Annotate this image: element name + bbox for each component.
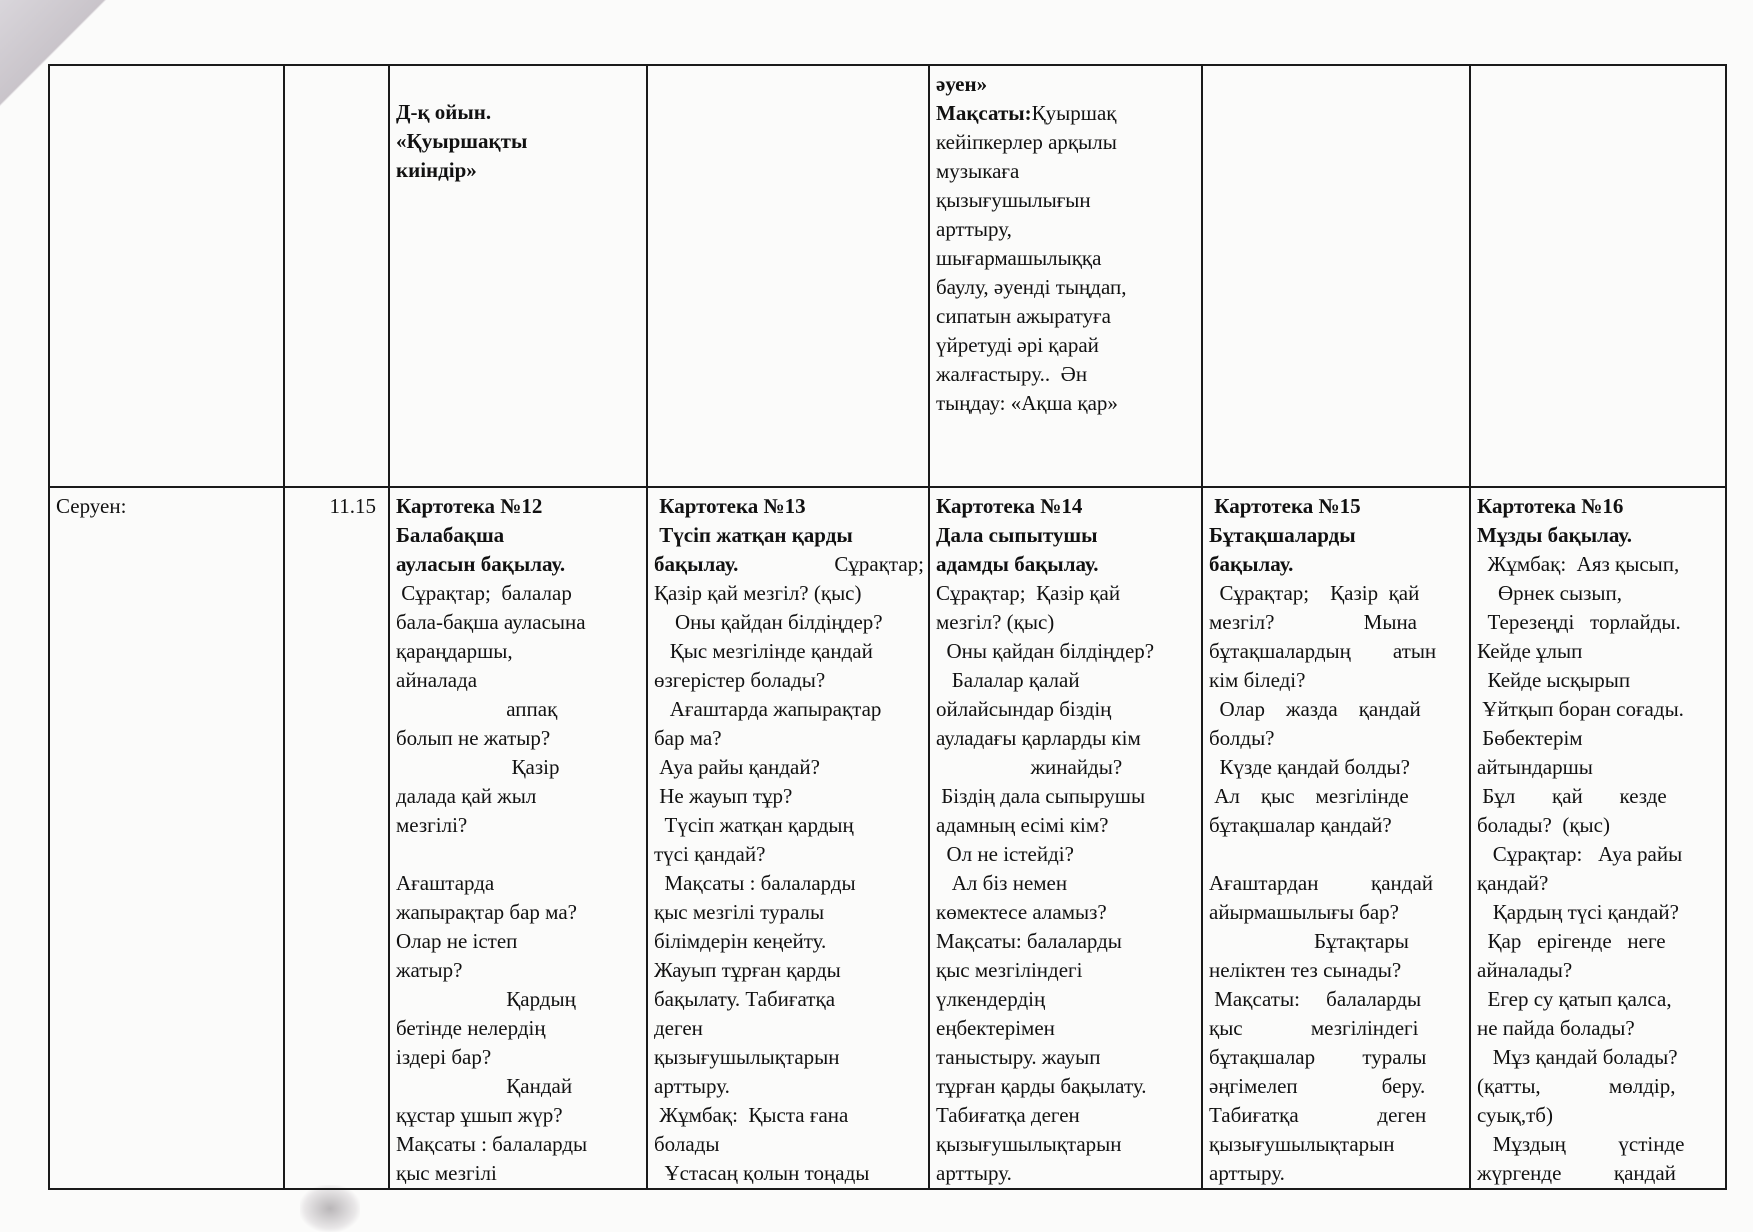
text-line: сипатын ажыратуға — [936, 302, 1197, 331]
card-line: Жауып тұрған қарды — [654, 956, 924, 985]
card-line: іздері бар? — [396, 1043, 642, 1072]
card-line: неліктен тез сынады? — [1209, 956, 1465, 985]
text-line: жалғастыру.. Ән — [936, 360, 1197, 389]
card-line: Сұрақтар; Қазір қай — [1209, 579, 1465, 608]
card-line: Мұз қандай болады? — [1477, 1043, 1721, 1072]
card-line: бетінде нелердің — [396, 1014, 642, 1043]
card-line: қызығушылықтарын — [1209, 1130, 1465, 1159]
card-number: Картотека №12 — [396, 492, 642, 521]
card-line: Олар жазда қандай — [1209, 695, 1465, 724]
cell-wednesday-music: әуен» Мақсаты:Қуыршақ кейіпкерлер арқылы… — [929, 65, 1202, 487]
card-line: бұтақшалардың атын — [1209, 637, 1465, 666]
card-line: кім біледі? — [1209, 666, 1465, 695]
cell-walk-label: Серуен: — [49, 487, 284, 1189]
card-line: Қардың түсі қандай? — [1477, 898, 1721, 927]
card-line: жатыр? — [396, 956, 642, 985]
card-line: Мақсаты : балаларды — [654, 869, 924, 898]
card-line: Мұздың үстінде — [1477, 1130, 1721, 1159]
card-line: Өрнек сызып, — [1477, 579, 1721, 608]
card-line: Егер су қатып қалса, — [1477, 985, 1721, 1014]
text-line: шығармашылыққа — [936, 244, 1197, 273]
card-line: Табиғатқа деген — [1209, 1101, 1465, 1130]
card-line: таныстыру. жауып — [936, 1043, 1197, 1072]
card-title: Дала сыпытушы — [936, 521, 1197, 550]
scan-smudge — [300, 1185, 360, 1232]
card-number: Картотека №16 — [1477, 492, 1721, 521]
card-line: Қазір қай мезгіл? (қыс) — [654, 579, 924, 608]
card-line: Кейде ұлып — [1477, 637, 1721, 666]
card-line: қыс мезгіліндегі — [1209, 1014, 1465, 1043]
card-line: Бұл қай кезде — [1477, 782, 1721, 811]
card-line: Сұрақтар; Қазір қай — [936, 579, 1197, 608]
card-line: қыс мезгіліндегі — [936, 956, 1197, 985]
text-line: кейіпкерлер арқылы — [936, 128, 1197, 157]
card-line: қандай? — [1477, 869, 1721, 898]
card-line: еңбектерімен — [936, 1014, 1197, 1043]
text-line: үйретуді әрі қарай — [936, 331, 1197, 360]
card-line: бұтақшалар туралы — [1209, 1043, 1465, 1072]
card-line: арттыру. — [1209, 1159, 1465, 1188]
table-row-walk: Серуен: 11.15 Картотека №12Балабақшааула… — [49, 487, 1726, 1189]
card-line: Оны қайдан білдіңдер? — [936, 637, 1197, 666]
card-title: Балабақша — [396, 521, 642, 550]
text-line: тыңдау: «Ақша қар» — [936, 389, 1197, 418]
card-line: аппақ — [396, 695, 642, 724]
cell-tuesday-empty — [647, 65, 929, 487]
card-line: Ұйтқып боран соғады. — [1477, 695, 1721, 724]
card-line: болады — [654, 1130, 924, 1159]
cell-thursday-empty — [1202, 65, 1470, 487]
weekly-plan-table: Д-қ ойын. «Қуыршақты киіндір» әуен» Мақс… — [48, 64, 1727, 1190]
card-line: Балалар қалай — [936, 666, 1197, 695]
card-line: Сұрақтар; балалар — [396, 579, 642, 608]
card-line: Олар не істеп — [396, 927, 642, 956]
card-line: Не жауып тұр? — [654, 782, 924, 811]
card-line: арттыру. — [936, 1159, 1197, 1188]
card-line: болып не жатыр? — [396, 724, 642, 753]
card-number: Картотека №13 — [654, 492, 924, 521]
card-line: болды? — [1209, 724, 1465, 753]
card-line: арттыру. — [654, 1072, 924, 1101]
goal-text: Қуыршақ — [1032, 101, 1117, 125]
card-title: адамды бақылау. — [936, 550, 1197, 579]
card-line: үлкендердің — [936, 985, 1197, 1014]
card-line: Ағаштардан қандай — [1209, 869, 1465, 898]
text-line: арттыру, — [936, 215, 1197, 244]
card-line: түсі қандай? — [654, 840, 924, 869]
cell-friday-empty — [1470, 65, 1726, 487]
text-line: қызығушылығын — [936, 186, 1197, 215]
card-title: Түсіп жатқан қарды — [654, 521, 924, 550]
card-line: Ағаштарда жапырақтар — [654, 695, 924, 724]
card-line: Түсіп жатқан қардың — [654, 811, 924, 840]
card-line: Терезеңді торлайды. — [1477, 608, 1721, 637]
music-title-tail: әуен» — [936, 70, 1197, 99]
card-line: әңгімелеп беру. — [1209, 1072, 1465, 1101]
card-line: бар ма? — [654, 724, 924, 753]
cell-time-empty — [284, 65, 389, 487]
cell-card-12: Картотека №12Балабақшаауласын бақылау. С… — [389, 487, 647, 1189]
game-line: Д-қ ойын. — [396, 98, 642, 127]
questions-label: Сұрақтар; — [834, 550, 924, 579]
card-line: Ауа райы қандай? — [654, 753, 924, 782]
card-line: мезгіл? Мына — [1209, 608, 1465, 637]
card-title: Мұзды бақылау. — [1477, 521, 1721, 550]
cell-regime-label-empty — [49, 65, 284, 487]
goal-label: Мақсаты: — [936, 101, 1032, 125]
card-line: Мақсаты: балаларды — [936, 927, 1197, 956]
cell-card-14: Картотека №14Дала сыпытушыадамды бақылау… — [929, 487, 1202, 1189]
card-line: Жұмбақ: Қыста ғана — [654, 1101, 924, 1130]
card-line: Табиғатқа деген — [936, 1101, 1197, 1130]
card-line: мезгілі? — [396, 811, 642, 840]
card-line: Кейде ысқырып — [1477, 666, 1721, 695]
card-title: Бұтақшаларды — [1209, 521, 1465, 550]
card-line: бұтақшалар қандай? — [1209, 811, 1465, 840]
card-line: Қандай — [396, 1072, 642, 1101]
card-line: жүргенде қандай — [1477, 1159, 1721, 1188]
card-line: деген — [654, 1014, 924, 1043]
card-line: Біздің дала сыпырушы — [936, 782, 1197, 811]
card-line: тұрған қарды бақылату. — [936, 1072, 1197, 1101]
card-number: Картотека №14 — [936, 492, 1197, 521]
card-line: құстар ұшып жүр? — [396, 1101, 642, 1130]
card-line: Бұтақтары — [1209, 927, 1465, 956]
card-line: суық,тб) — [1477, 1101, 1721, 1130]
cell-walk-time: 11.15 — [284, 487, 389, 1189]
card-line: далада қай жыл — [396, 782, 642, 811]
card-line: Қыс мезгілінде қандай — [654, 637, 924, 666]
text-line: музыкаға — [936, 157, 1197, 186]
card-line: Күзде қандай болды? — [1209, 753, 1465, 782]
table-row-activities: Д-қ ойын. «Қуыршақты киіндір» әуен» Мақс… — [49, 65, 1726, 487]
card-title: бақылау. — [1209, 550, 1465, 579]
card-line: Ұстасаң қолын тоңады — [654, 1159, 924, 1188]
card-line: Қазір — [396, 753, 642, 782]
card-line: Сұрақтар: Ауа райы — [1477, 840, 1721, 869]
card-number: Картотека №15 — [1209, 492, 1465, 521]
card-line: болады? (қыс) — [1477, 811, 1721, 840]
card-line: қыс мезгілі — [396, 1159, 642, 1188]
card-line: Ағаштарда — [396, 869, 642, 898]
card-line: Ол не істейді? — [936, 840, 1197, 869]
text-line: баулу, әуенді тыңдап, — [936, 273, 1197, 302]
card-line: Оны қайдан білдіңдер? — [654, 608, 924, 637]
card-line: қыс мезгілі туралы — [654, 898, 924, 927]
card-line: адамның есімі кім? — [936, 811, 1197, 840]
card-line: мезгіл? (қыс) — [936, 608, 1197, 637]
cell-card-16: Картотека №16Мұзды бақылау. Жұмбақ: Аяз … — [1470, 487, 1726, 1189]
card-line: айналада — [396, 666, 642, 695]
card-line: (қатты, мөлдір, — [1477, 1072, 1721, 1101]
card-line: көмектесе аламыз? — [936, 898, 1197, 927]
card-line — [396, 840, 642, 869]
cell-card-15: Картотека №15Бұтақшалардыбақылау. Сұрақт… — [1202, 487, 1470, 1189]
cell-monday-game: Д-қ ойын. «Қуыршақты киіндір» — [389, 65, 647, 487]
card-line: Қардың — [396, 985, 642, 1014]
card-line: айтындаршы — [1477, 753, 1721, 782]
card-line: Бөбектерім — [1477, 724, 1721, 753]
card-line: өзгерістер болады? — [654, 666, 924, 695]
card-line: бақылату. Табиғатқа — [654, 985, 924, 1014]
game-line: «Қуыршақты — [396, 127, 642, 156]
card-line: бала-бақша ауласына — [396, 608, 642, 637]
card-line: жапырақтар бар ма? — [396, 898, 642, 927]
card-line: Ал біз немен — [936, 869, 1197, 898]
card-line: қызығушылықтарын — [936, 1130, 1197, 1159]
card-line: жинайды? — [936, 753, 1197, 782]
card-line: Қар ерігенде неге — [1477, 927, 1721, 956]
card-line: білімдерін кеңейту. — [654, 927, 924, 956]
card-line: Ал қыс мезгілінде — [1209, 782, 1465, 811]
card-title: бақылау.Сұрақтар; — [654, 550, 924, 579]
game-line: киіндір» — [396, 156, 642, 185]
card-line: ойлайсындар біздің — [936, 695, 1197, 724]
card-line — [1209, 840, 1465, 869]
card-line: айырмашылығы бар? — [1209, 898, 1465, 927]
music-goal-lines: кейіпкерлер арқылымузыкағақызығушылығына… — [936, 128, 1197, 418]
card-line: қызығушылықтарын — [654, 1043, 924, 1072]
card-line: Жұмбақ: Аяз қысып, — [1477, 550, 1721, 579]
card-line: ауладағы қарларды кім — [936, 724, 1197, 753]
cell-card-13: Картотека №13 Түсіп жатқан қардыбақылау.… — [647, 487, 929, 1189]
card-line: не пайда болады? — [1477, 1014, 1721, 1043]
card-line: Мақсаты : балаларды — [396, 1130, 642, 1159]
card-line: қараңдаршы, — [396, 637, 642, 666]
card-line: Мақсаты: балаларды — [1209, 985, 1465, 1014]
card-line: айналады? — [1477, 956, 1721, 985]
card-title: ауласын бақылау. — [396, 550, 642, 579]
